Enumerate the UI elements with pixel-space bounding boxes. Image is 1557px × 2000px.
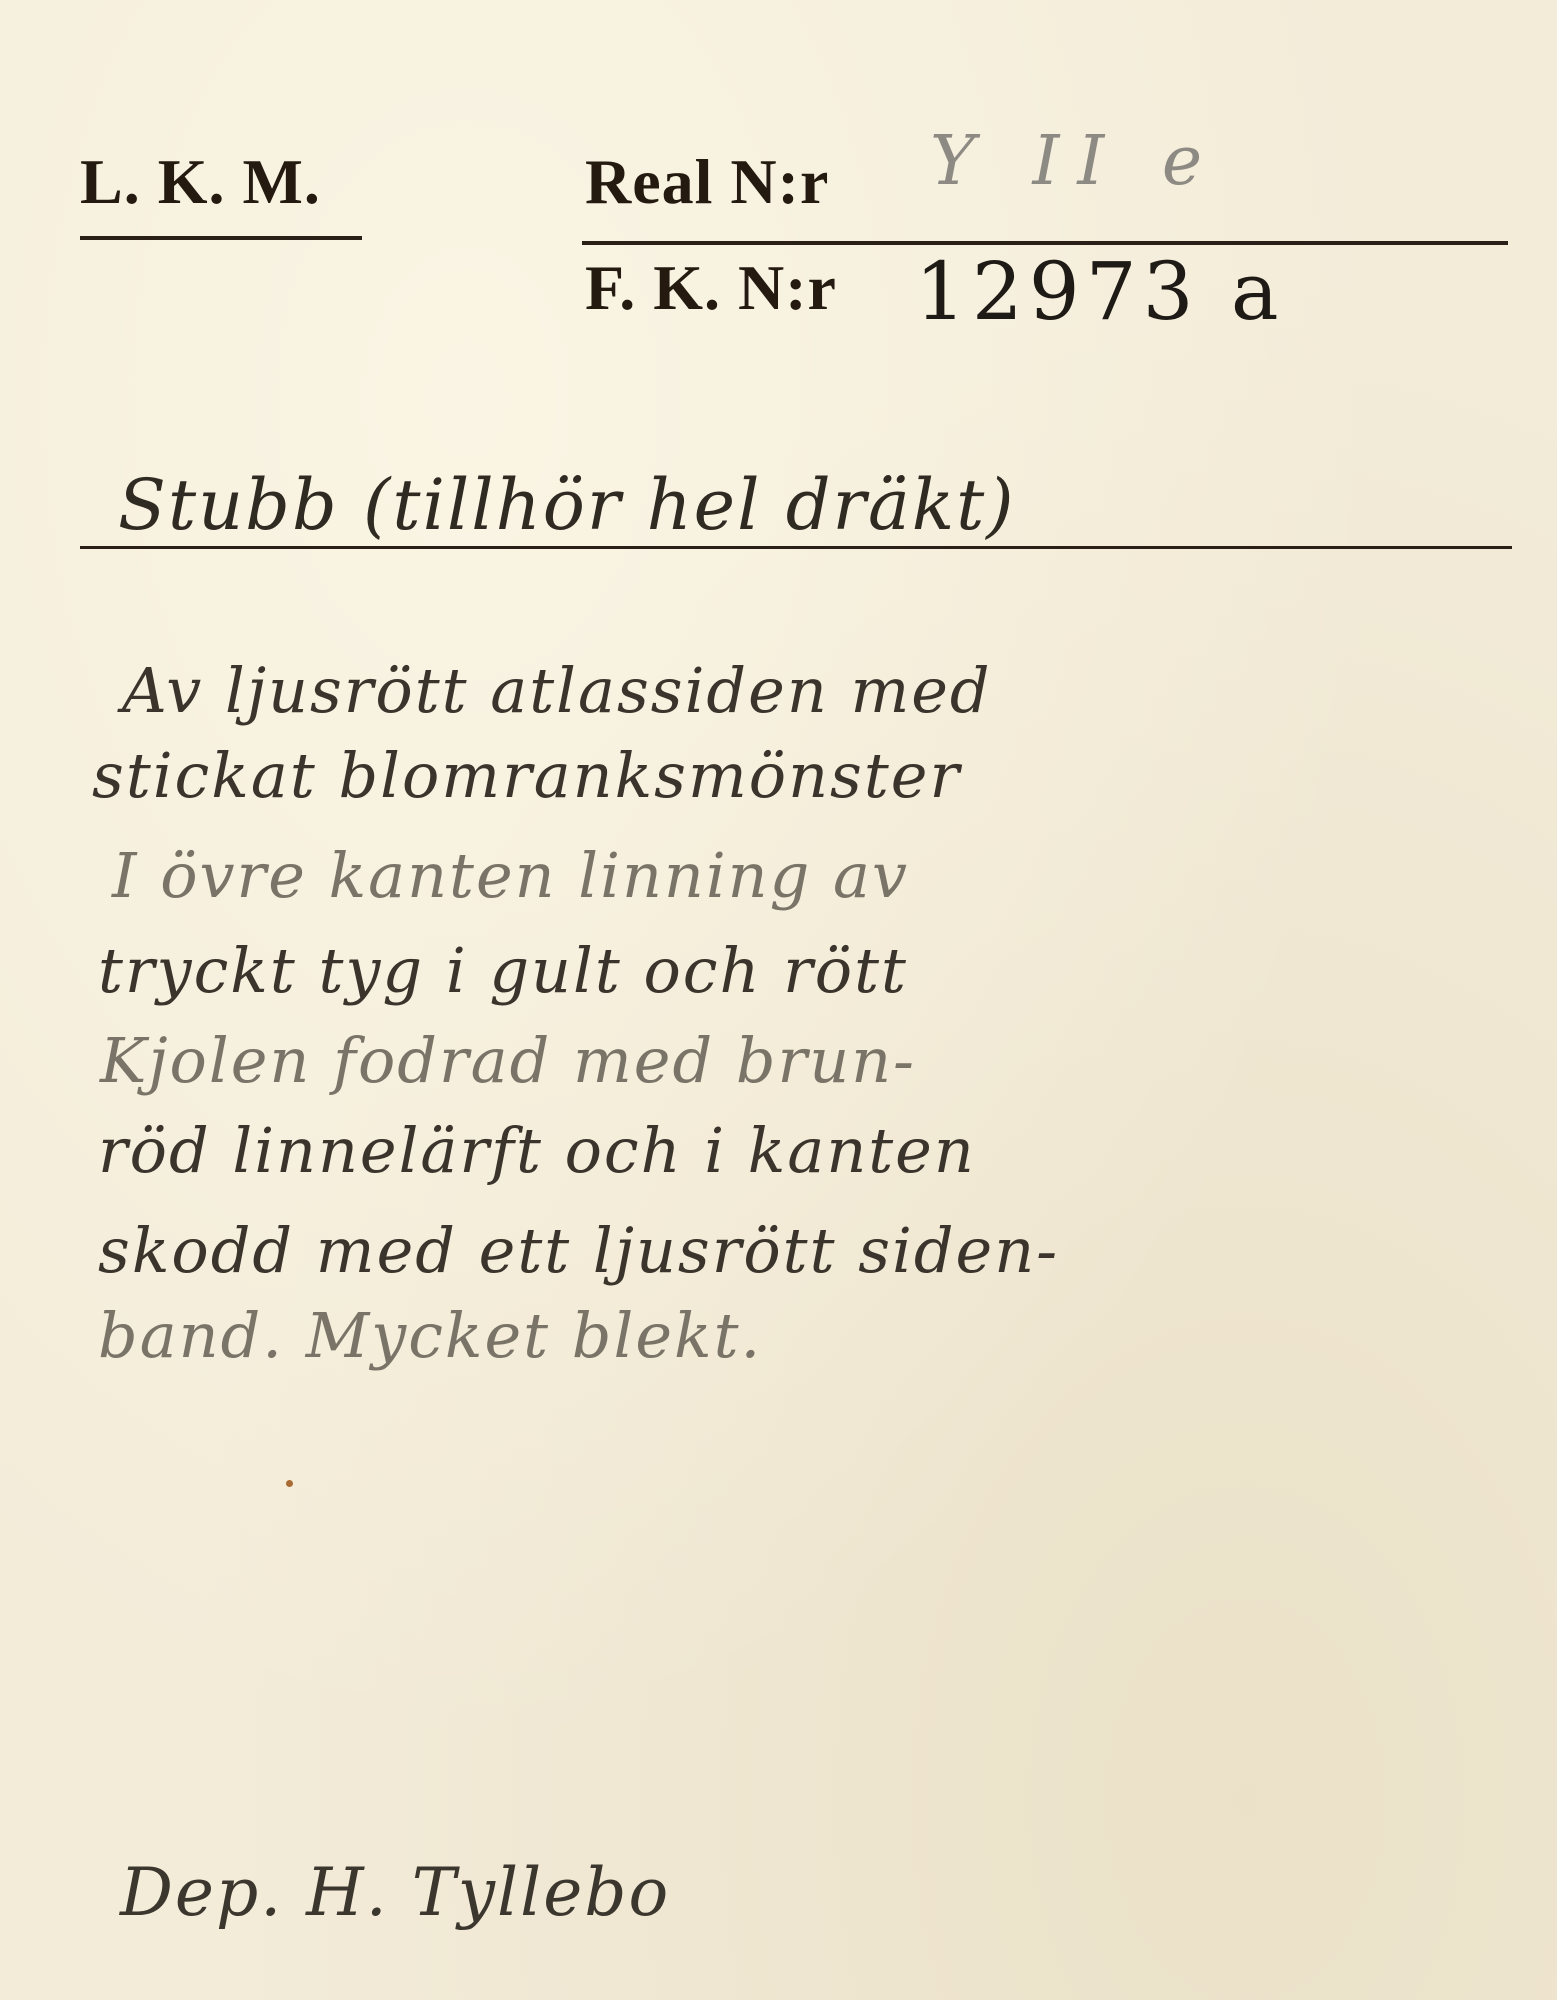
museum-label: L. K. M.	[80, 150, 321, 214]
fk-nr-label: F. K. N:r	[585, 256, 837, 320]
description-line: Av ljusrött atlassiden med	[122, 660, 992, 722]
museum-label-underline	[80, 236, 362, 240]
title-underline	[80, 546, 1512, 549]
object-title: Stubb (tillhör hel dräkt)	[118, 470, 1016, 540]
description-line: röd linnelärft och i kanten	[98, 1120, 976, 1182]
description-line: I övre kanten linning av	[112, 845, 909, 907]
depositor-signature: Dep. H. Tyllebo	[120, 1860, 670, 1926]
description-line: Kjolen fodrad med brun-	[100, 1030, 916, 1092]
paper-stain	[286, 1480, 293, 1487]
description-line: band. Mycket blekt.	[98, 1305, 762, 1367]
real-nr-value: Y II e	[930, 128, 1220, 196]
fk-nr-value: 12973 a	[915, 252, 1285, 332]
description-line: stickat blomranksmönster	[92, 745, 961, 807]
description-line: tryckt tyg i gult och rött	[98, 940, 908, 1002]
real-nr-label: Real N:r	[585, 150, 829, 214]
description-line: skodd med ett ljusrött siden-	[98, 1220, 1059, 1282]
